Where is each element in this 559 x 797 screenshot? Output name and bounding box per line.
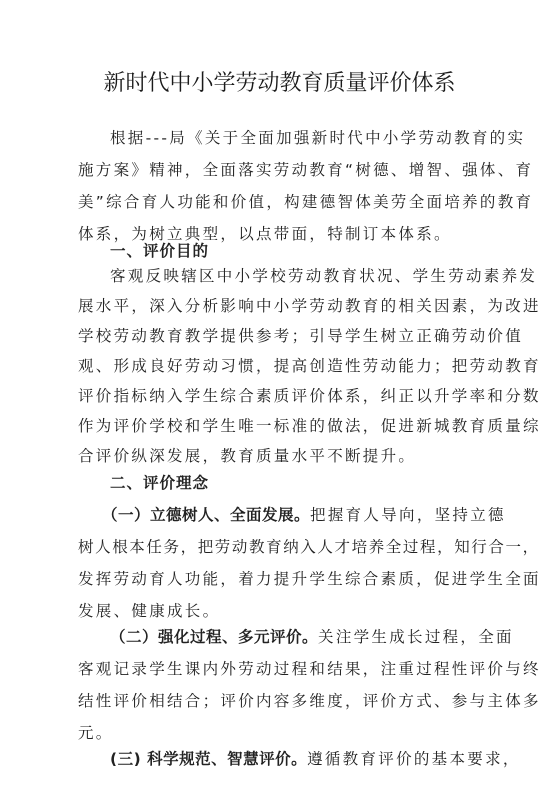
section-heading-purpose: 一、评价目的 xyxy=(110,241,482,261)
body-line: 评价指标纳入学生综合素质评价体系，纠正以升学率和分数 xyxy=(78,386,482,406)
principle-3-text: 遵循教育评价的基本要求， xyxy=(307,750,521,768)
body-line: 作为评价学校和学生唯一标准的做法，促进新城教育质量综 xyxy=(78,416,482,436)
body-line: 合评价纵深发展，教育质量水平不断提升。 xyxy=(78,446,482,466)
body-line: 树人根本任务，把劳动教育纳入人才培养全过程，知行合一， xyxy=(78,537,482,557)
principle-2-first-line: （二）强化过程、多元评价。关注学生成长过程，全面 xyxy=(110,627,482,647)
document-title: 新时代中小学劳动教育质量评价体系 xyxy=(0,66,559,97)
body-line: 发展、健康成长。 xyxy=(78,601,482,621)
body-line: 元。 xyxy=(78,723,482,743)
body-line: 学校劳动教育教学提供参考；引导学生树立正确劳动价值 xyxy=(78,326,482,346)
principle-1-label: （一）立德树人、全面发展。 xyxy=(102,506,310,524)
body-line: 结性评价相结合；评价内容多维度，评价方式、参与主体多 xyxy=(78,691,482,711)
body-line: 发挥劳动育人功能，着力提升学生综合素质，促进学生全面 xyxy=(78,569,482,589)
intro-line: 美”综合育人功能和价值，构建德智体美劳全面培养的教育 xyxy=(78,192,482,212)
principle-3-first-line: (三) 科学规范、智慧评价。遵循教育评价的基本要求， xyxy=(110,749,482,769)
intro-line: 根据---局《关于全面加强新时代中小学劳动教育的实 xyxy=(110,128,482,148)
intro-line: 施方案》精神，全面落实劳动教育“树德、增智、强体、育 xyxy=(78,160,482,180)
body-line: 客观记录学生课内外劳动过程和结果，注重过程性评价与终 xyxy=(78,659,482,679)
principle-2-label: （二）强化过程、多元评价。 xyxy=(110,628,318,646)
body-line: 展水平，深入分析影响中小学劳动教育的相关因素，为改进 xyxy=(78,296,482,316)
principle-3-label: (三) 科学规范、智慧评价。 xyxy=(110,750,307,768)
section-heading-philosophy: 二、评价理念 xyxy=(110,473,482,493)
body-line: 客观反映辖区中小学校劳动教育状况、学生劳动素养发 xyxy=(110,266,482,286)
principle-1-first-line: （一）立德树人、全面发展。把握育人导向，坚持立德 xyxy=(102,505,482,525)
body-line: 观、形成良好劳动习惯，提高创造性劳动能力；把劳动教育 xyxy=(78,356,482,376)
principle-2-text: 关注学生成长过程，全面 xyxy=(318,628,514,646)
document-page: 新时代中小学劳动教育质量评价体系 根据---局《关于全面加强新时代中小学劳动教育… xyxy=(0,0,559,797)
principle-1-text: 把握育人导向，坚持立德 xyxy=(310,506,506,524)
